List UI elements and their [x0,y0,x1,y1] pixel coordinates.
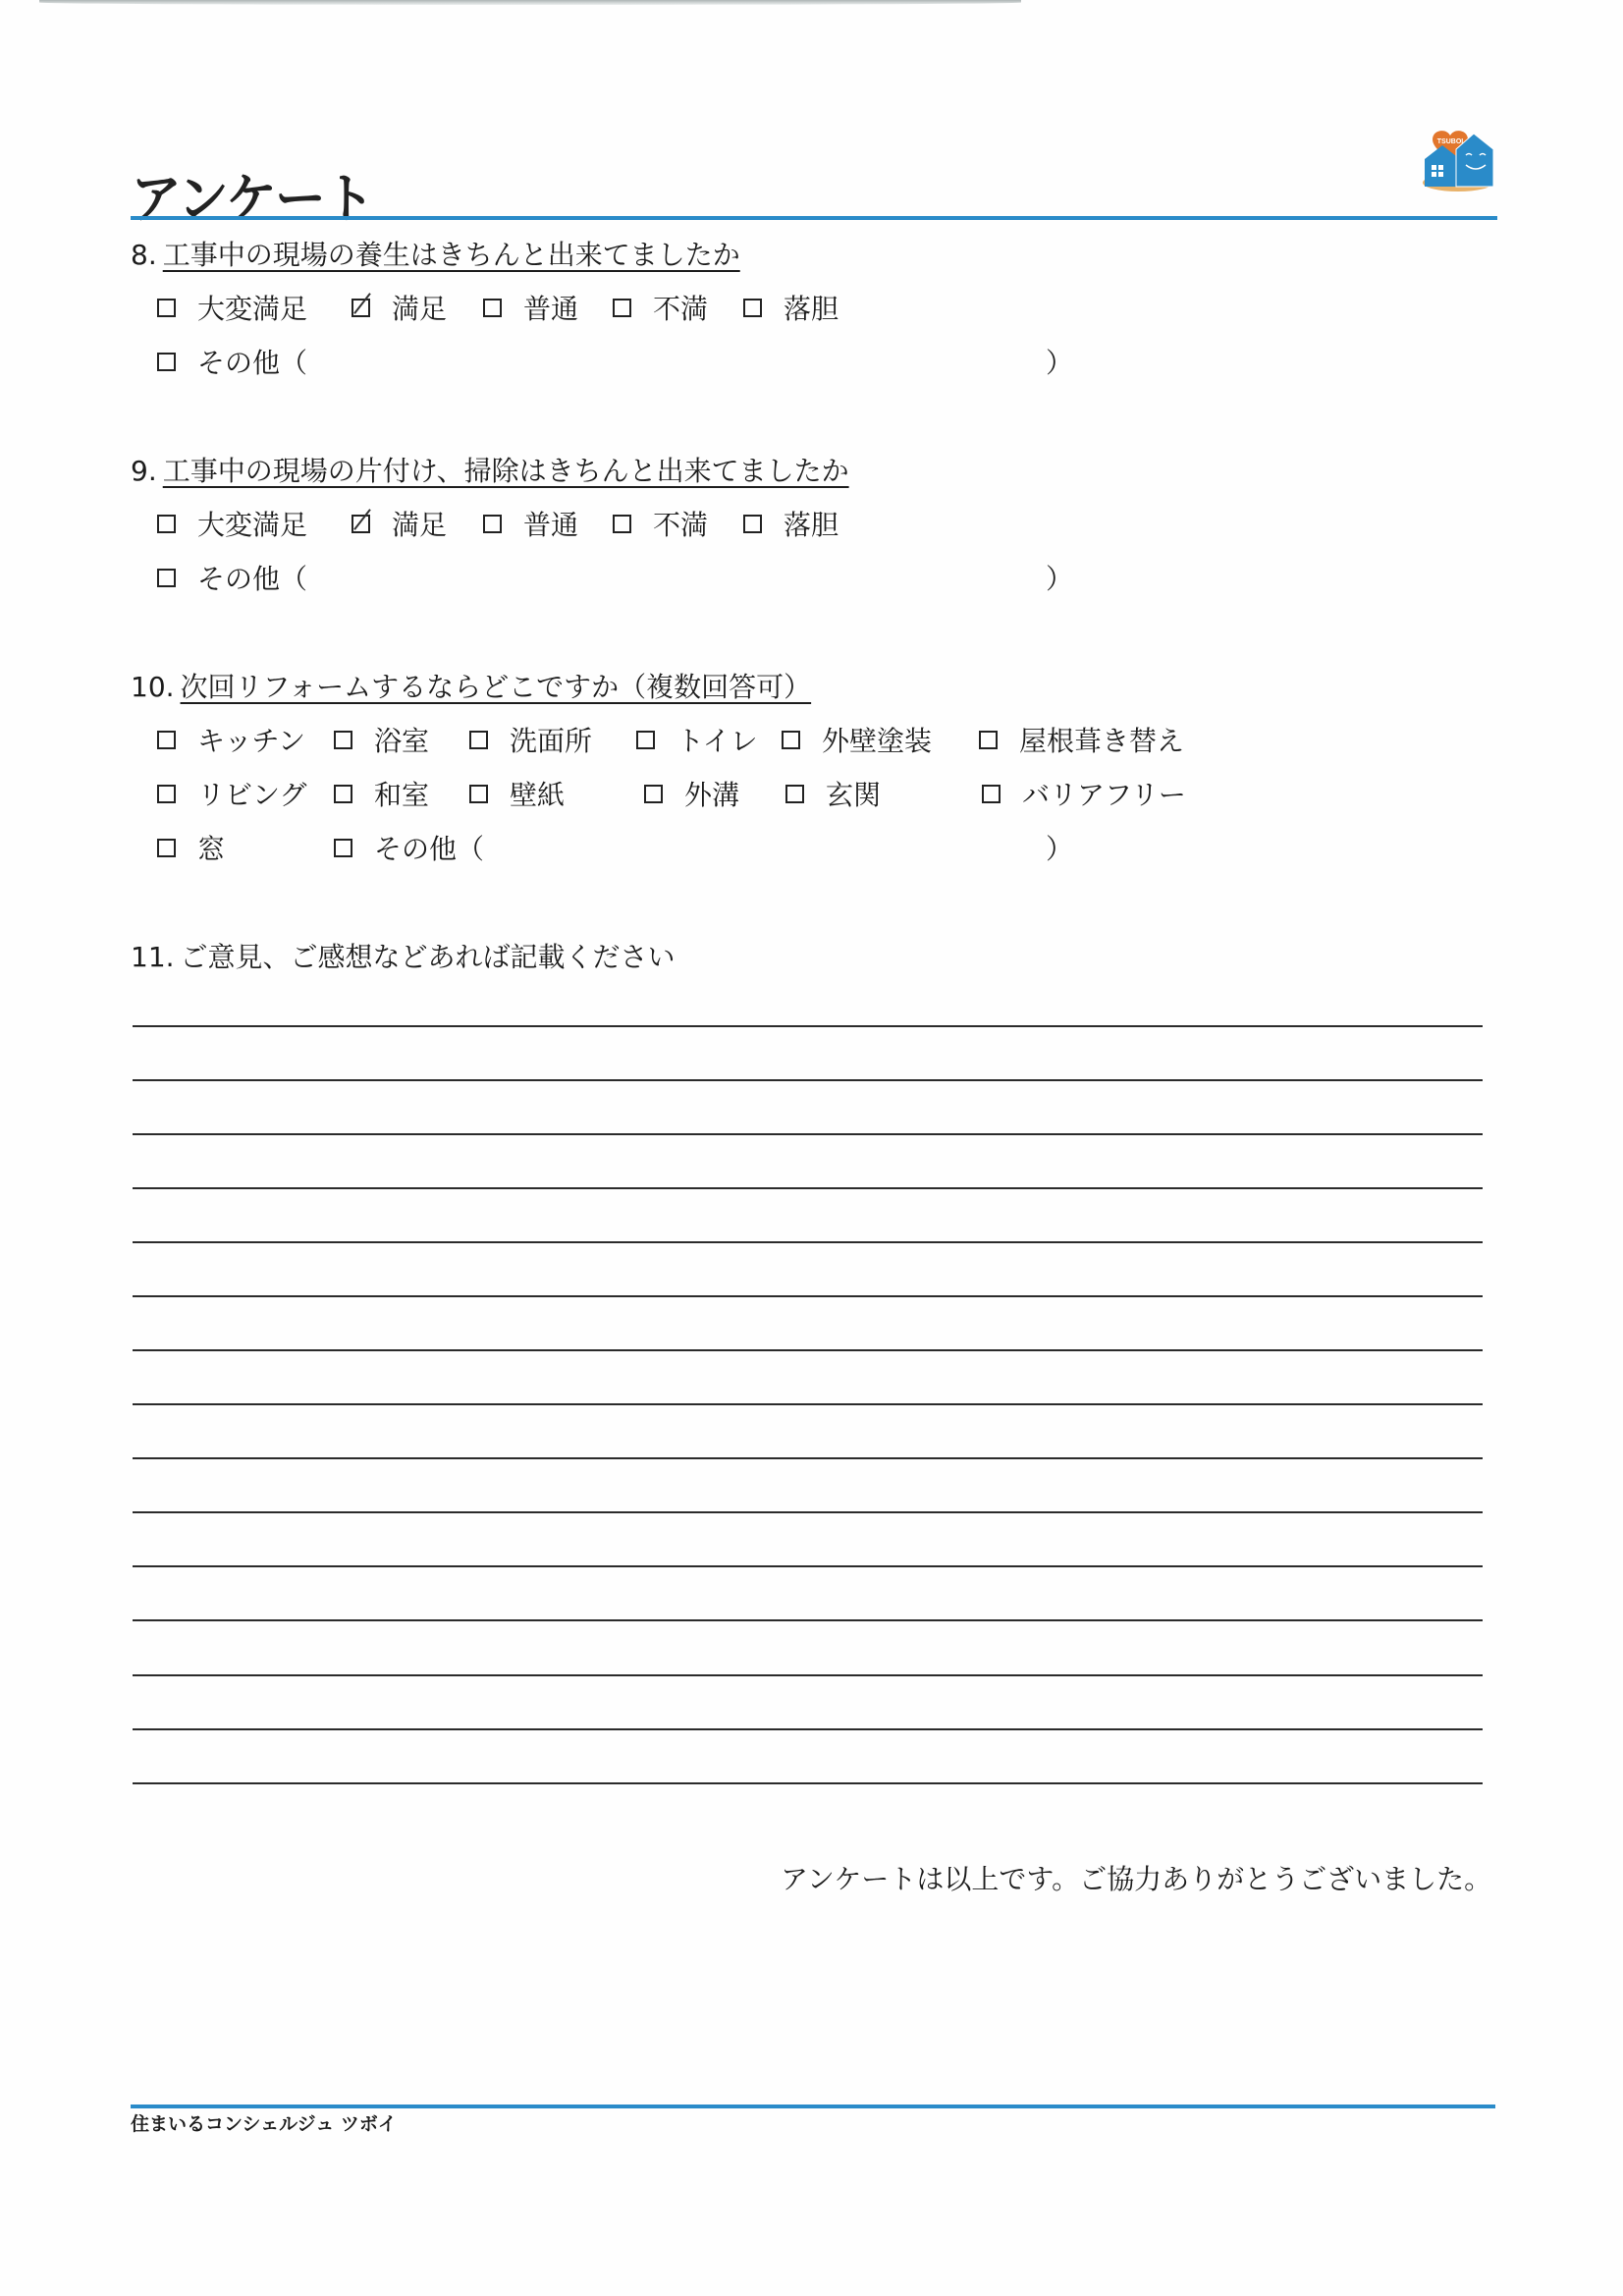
q10-option-living[interactable]: リビング [157,774,306,813]
q9-option-daihenmanzoku[interactable]: 大変満足 [157,504,307,543]
checkbox[interactable] [613,515,631,533]
checkbox[interactable] [334,785,352,803]
page-title: アンケート [131,155,373,233]
checkbox[interactable] [613,299,631,317]
q9-other-close-paren: ） [1046,558,1073,597]
closing-message: アンケートは以上です。ご協力ありがとうございました。 [781,1858,1491,1897]
logo-text: TSUBOI [1437,138,1464,145]
checkbox[interactable] [982,785,1001,803]
q10-option-bathroom[interactable]: 浴室 [334,720,429,759]
checkbox[interactable] [157,569,176,587]
checkbox[interactable] [644,785,663,803]
q8-other-close-paren: ） [1046,342,1073,381]
answer-line[interactable] [133,1133,1483,1135]
q9-option-fuman[interactable]: 不満 [613,504,708,543]
checkbox[interactable] [157,299,176,317]
checkbox[interactable] [979,731,998,749]
answer-line[interactable] [133,1295,1483,1297]
q8-option-other[interactable]: その他（ [157,342,307,381]
checkbox[interactable] [157,731,176,749]
answer-line[interactable] [133,1674,1483,1676]
footer-divider [131,2105,1495,2108]
answer-line[interactable] [133,1619,1483,1621]
question-9-title: 9.工事中の現場の片付け、掃除はきちんと出来てましたか [131,450,849,489]
q9-option-manzoku[interactable]: 満足 [352,504,447,543]
question-11-title: 11.ご意見、ご感想などあれば記載ください [131,936,676,975]
scan-edge-shadow [39,0,1021,5]
checkbox-checked[interactable] [352,515,370,533]
question-10-title: 10.次回リフォームするならどこですか（複数回答可） [131,666,811,705]
q10-option-barrier-free[interactable]: バリアフリー [982,774,1186,813]
answer-line[interactable] [133,1349,1483,1351]
q10-other-close-paren: ） [1046,828,1073,867]
answer-line[interactable] [133,1241,1483,1243]
q10-option-toilet[interactable]: トイレ [636,720,758,759]
checkbox[interactable] [157,515,176,533]
q10-option-entrance[interactable]: 玄関 [785,774,881,813]
q10-option-exterior-works[interactable]: 外溝 [644,774,739,813]
q8-option-daihenmanzoku[interactable]: 大変満足 [157,288,307,327]
q10-option-wallpaper[interactable]: 壁紙 [469,774,565,813]
q10-option-window[interactable]: 窓 [157,828,225,867]
checkbox[interactable] [469,785,488,803]
answer-line[interactable] [133,1187,1483,1189]
q10-option-other[interactable]: その他（ [334,828,484,867]
question-8-title: 8.工事中の現場の養生はきちんと出来てましたか [131,234,740,273]
answer-line[interactable] [133,1403,1483,1405]
answer-line[interactable] [133,1511,1483,1513]
checkbox[interactable] [483,515,502,533]
q9-option-other[interactable]: その他（ [157,558,307,597]
checkbox[interactable] [636,731,655,749]
checkbox[interactable] [743,515,762,533]
checkbox[interactable] [157,353,176,371]
answer-line[interactable] [133,1565,1483,1567]
q9-option-rakutan[interactable]: 落胆 [743,504,839,543]
checkbox[interactable] [483,299,502,317]
answer-line[interactable] [133,1457,1483,1459]
answer-line[interactable] [133,1025,1483,1027]
checkbox[interactable] [469,731,488,749]
tsuboi-logo-icon: TSUBOI [1419,126,1497,194]
checkbox[interactable] [334,839,352,857]
q10-option-exterior-paint[interactable]: 外壁塗装 [782,720,932,759]
q8-option-manzoku[interactable]: 満足 [352,288,447,327]
footer-company-name: 住まいるコンシェルジュ ツボイ [131,2109,397,2136]
answer-line[interactable] [133,1079,1483,1081]
checkbox[interactable] [785,785,804,803]
q10-option-kitchen[interactable]: キッチン [157,720,305,759]
checkbox-checked[interactable] [352,299,370,317]
checkbox[interactable] [743,299,762,317]
header-divider [131,216,1497,220]
q8-option-futsuu[interactable]: 普通 [483,288,578,327]
q9-option-futsuu[interactable]: 普通 [483,504,578,543]
checkbox[interactable] [782,731,800,749]
checkbox[interactable] [157,785,176,803]
answer-line[interactable] [133,1782,1483,1784]
q10-option-washitsu[interactable]: 和室 [334,774,429,813]
q8-option-fuman[interactable]: 不満 [613,288,708,327]
checkbox[interactable] [334,731,352,749]
checkbox[interactable] [157,839,176,857]
answer-line[interactable] [133,1728,1483,1730]
q10-option-roof[interactable]: 屋根葺き替え [979,720,1184,759]
q10-option-washroom[interactable]: 洗面所 [469,720,592,759]
q8-option-rakutan[interactable]: 落胆 [743,288,839,327]
